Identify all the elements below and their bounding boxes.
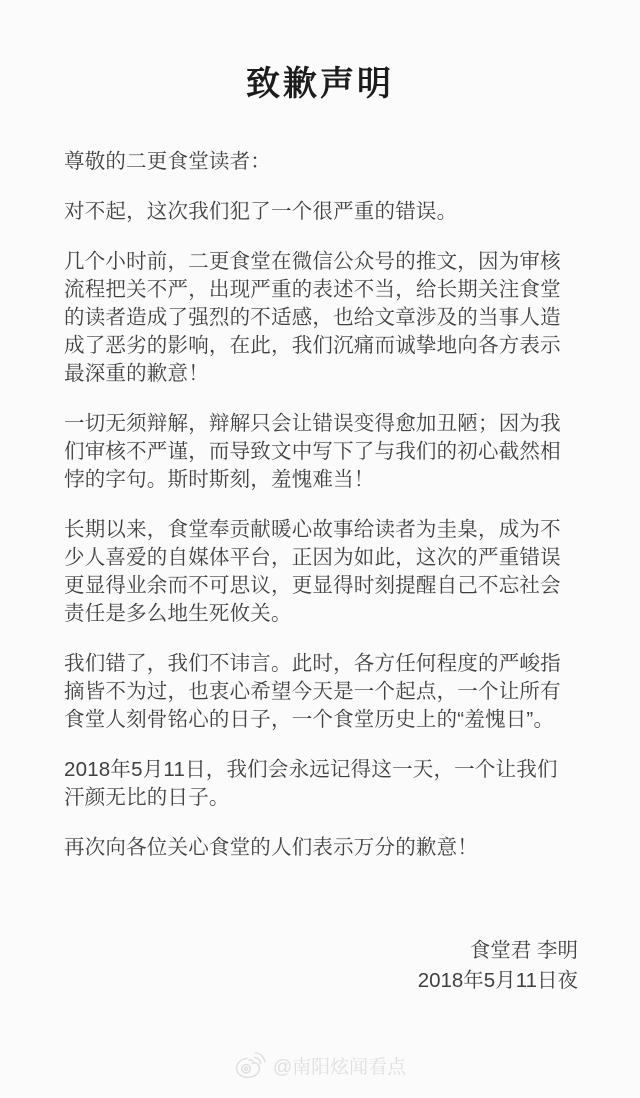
page: { "document": { "title": "致歉声明", "saluta… <box>0 0 640 1098</box>
paragraph: 对不起，这次我们犯了一个很严重的错误。 <box>64 198 578 226</box>
paragraph: 几个小时前，二更食堂在微信公众号的推文，因为审核流程把关不严，出现严重的表述不当… <box>64 248 578 388</box>
paragraph: 2018年5月11日，我们会永远记得这一天，一个让我们汗颜无比的日子。 <box>64 756 578 812</box>
document-body: 尊敬的二更食堂读者： 对不起，这次我们犯了一个很严重的错误。几个小时前，二更食堂… <box>64 148 578 884</box>
paragraph: 一切无须辩解，辩解只会让错误变得愈加丑陋；因为我们审核不严谨，而导致文中写下了与… <box>64 410 578 494</box>
salutation: 尊敬的二更食堂读者： <box>64 148 578 176</box>
watermark: @南阳炫闻看点 <box>234 1050 406 1080</box>
page-title: 致歉声明 <box>0 56 640 105</box>
apology-statement-document: 致歉声明 尊敬的二更食堂读者： 对不起，这次我们犯了一个很严重的错误。几个小时前… <box>0 0 640 1098</box>
watermark-text: @南阳炫闻看点 <box>273 1052 406 1079</box>
signature-block: 食堂君 李明 2018年5月11日夜 <box>418 936 578 996</box>
paragraph: 我们错了，我们不讳言。此时，各方任何程度的严峻指摘皆不为过，也衷心希望今天是一个… <box>64 650 578 734</box>
paragraph: 长期以来，食堂奉贡献暖心故事给读者为圭臬，成为不少人喜爱的自媒体平台，正因为如此… <box>64 516 578 628</box>
paragraph: 再次向各位关心食堂的人们表示万分的歉意！ <box>64 834 578 862</box>
signature-date: 2018年5月11日夜 <box>418 966 578 996</box>
signature-name: 食堂君 李明 <box>418 936 578 966</box>
weibo-icon <box>234 1050 266 1080</box>
